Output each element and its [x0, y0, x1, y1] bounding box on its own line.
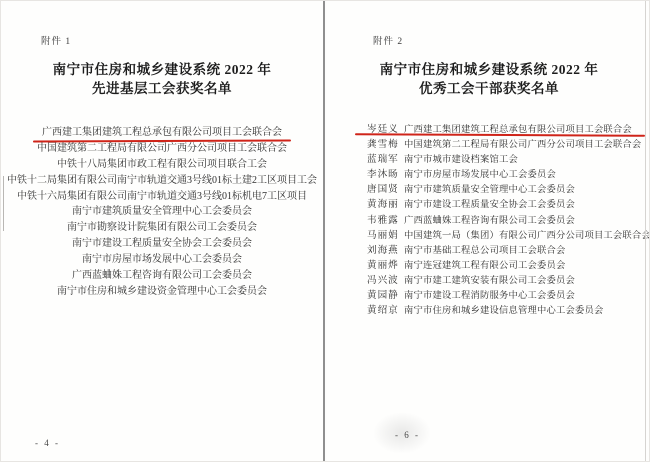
page-right: 附件 2 南宁市住房和城乡建设系统 2022 年 优秀工会干部获奖名单 岑廷义广…: [327, 1, 650, 461]
list-item-text: 中铁十八局集团市政工程有限公司项目联合工会: [57, 157, 267, 173]
scan-right-edge: [645, 1, 646, 461]
entry-name: 黄园静: [367, 288, 404, 303]
page-left: 附件 1 南宁市住房和城乡建设系统 2022 年 先进基层工会获奖名单 广西建工…: [1, 1, 323, 461]
list-item-text: 南宁市住房和城乡建设资金管理中心工会委员会: [57, 284, 267, 300]
entry-organization: 南宁连冠建筑工程有限公司工会委员会: [404, 259, 565, 274]
list-item: 中铁十六局集团有限公司南宁市轨道交通3号线01标机电7工区项目: [1, 189, 323, 205]
entry-row: 黄园静南宁市建设工程消防服务中心工会委员会: [367, 288, 647, 303]
list-item: 南宁市房屋市场发展中心工会委员会: [1, 252, 323, 268]
entry-organization: 南宁市建筑质量安全管理中心工会委员会: [404, 183, 575, 198]
entry-name: 蓝瑞军: [367, 152, 404, 167]
page-number: - 6 -: [395, 430, 420, 440]
list-item: 广西蓝蛐姝工程咨询有限公司工会委员会: [1, 268, 323, 284]
list-item-text: 南宁市房屋市场发展中心工会委员会: [82, 252, 242, 268]
award-list-left: 广西建工集团建筑工程总承包有限公司项目工会联合会中国建筑第二工程局有限公司广西分…: [1, 125, 323, 300]
entry-organization: 南宁市房屋市场发展中心工会委员会: [404, 168, 556, 183]
entry-organization: 中国建筑第二工程局有限公司广西分公司项目工会联合会: [404, 138, 641, 153]
page-title-line2: 先进基层工会获奖名单: [92, 81, 232, 96]
entry-row: 马丽娟中国建筑一局（集团）有限公司广西分公司项目工会联合会: [367, 228, 647, 243]
list-item: 南宁市勘察设计院集团有限公司工会委员会: [1, 220, 323, 236]
list-item: 南宁市住房和城乡建设资金管理中心工会委员会: [1, 284, 323, 300]
entry-organization: 南宁市城市建设档案馆工会: [404, 153, 518, 168]
entry-name: 黄绍京: [367, 303, 404, 318]
award-list-right: 岑廷义广西建工集团建筑工程总承包有限公司项目工会联合会龚雪梅中国建筑第二工程局有…: [367, 122, 647, 318]
list-item-text: 南宁市建设工程质量安全协会工会委员会: [72, 236, 252, 252]
scanned-document: 附件 1 南宁市住房和城乡建设系统 2022 年 先进基层工会获奖名单 广西建工…: [0, 0, 650, 462]
entry-row: 唐国贤南宁市建筑质量安全管理中心工会委员会: [367, 182, 647, 197]
list-item: 中国建筑第二工程局有限公司广西分公司项目工会联合会: [1, 141, 323, 157]
attachment-label: 附件 2: [373, 33, 403, 47]
entry-name: 马丽娟: [367, 228, 404, 243]
page-number: - 4 -: [35, 438, 60, 448]
entry-row: 蓝瑞军南宁市城市建设档案馆工会: [367, 152, 647, 167]
list-item: 南宁市建筑质量安全管理中心工会委员会: [1, 204, 323, 220]
list-item: 中铁十八局集团市政工程有限公司项目联合工会: [1, 157, 323, 173]
entry-name: 冯兴波: [367, 273, 404, 288]
entry-row: 龚雪梅中国建筑第二工程局有限公司广西分公司项目工会联合会: [367, 137, 647, 152]
entry-row: 李沐旸南宁市房屋市场发展中心工会委员会: [367, 167, 647, 182]
entry-organization: 广西蓝蛐姝工程咨询有限公司工会委员会: [404, 214, 575, 229]
page-title: 南宁市住房和城乡建设系统 2022 年 先进基层工会获奖名单: [1, 60, 323, 98]
entry-name: 黄丽烨: [367, 258, 404, 273]
entry-name: 唐国贤: [367, 182, 404, 197]
entry-organization: 南宁市建设工程消防服务中心工会委员会: [404, 289, 575, 304]
list-item-text-underlined: 广西建工集团建筑工程总承包有限公司项目工会联合会: [42, 125, 282, 141]
page-title-line1: 南宁市住房和城乡建设系统 2022 年: [380, 62, 599, 77]
entry-organization: 南宁市基础工程总公司项目工会联合会: [404, 244, 565, 259]
entry-name: 韦雅露: [367, 213, 404, 228]
page-title-line1: 南宁市住房和城乡建设系统 2022 年: [53, 62, 272, 77]
attachment-label: 附件 1: [41, 33, 71, 47]
entry-organization: 广西建工集团建筑工程总承包有限公司项目工会联合会: [404, 123, 632, 138]
list-item-text: 广西蓝蛐姝工程咨询有限公司工会委员会: [72, 268, 252, 284]
entry-name: 李沐旸: [367, 167, 404, 182]
entry-row: 刘海燕南宁市基础工程总公司项目工会联合会: [367, 243, 647, 258]
list-item-text: 南宁市建筑质量安全管理中心工会委员会: [72, 204, 252, 220]
list-item: 广西建工集团建筑工程总承包有限公司项目工会联合会: [1, 125, 323, 141]
entry-row: 韦雅露广西蓝蛐姝工程咨询有限公司工会委员会: [367, 213, 647, 228]
entry-row: 冯兴波南宁市建工建筑安装有限公司工会委员会: [367, 273, 647, 288]
page-title-line2: 优秀工会干部获奖名单: [419, 81, 559, 96]
list-item-text: 中铁十六局集团有限公司南宁市轨道交通3号线01标机电7工区项目: [17, 189, 307, 205]
page-title: 南宁市住房和城乡建设系统 2022 年 优秀工会干部获奖名单: [327, 60, 650, 98]
list-item-text: 中铁十二局集团有限公司南宁市轨道交通3号线01标土建2工区项目工会: [7, 173, 317, 189]
entry-organization: 南宁市建设工程质量安全协会工会委员会: [404, 198, 575, 213]
scan-edge-artifact: [3, 176, 4, 231]
entry-name: 龚雪梅: [367, 137, 404, 152]
entry-row: 岑廷义广西建工集团建筑工程总承包有限公司项目工会联合会: [367, 122, 647, 137]
list-item: 南宁市建设工程质量安全协会工会委员会: [1, 236, 323, 252]
entry-organization: 南宁市建工建筑安装有限公司工会委员会: [404, 274, 575, 289]
entry-row: 黄海丽南宁市建设工程质量安全协会工会委员会: [367, 197, 647, 212]
list-item: 中铁十二局集团有限公司南宁市轨道交通3号线01标土建2工区项目工会: [1, 173, 323, 189]
list-item-text: 南宁市勘察设计院集团有限公司工会委员会: [67, 220, 257, 236]
entry-organization: 中国建筑一局（集团）有限公司广西分公司项目工会联合会: [404, 229, 650, 244]
entry-name: 岑廷义: [367, 122, 404, 137]
entry-name: 黄海丽: [367, 197, 404, 212]
entry-organization: 南宁市住房和城乡建设信息管理中心工会委员会: [404, 304, 603, 319]
list-item-text: 中国建筑第二工程局有限公司广西分公司项目工会联合会: [37, 141, 287, 157]
entry-name: 刘海燕: [367, 243, 404, 258]
entry-row: 黄绍京南宁市住房和城乡建设信息管理中心工会委员会: [367, 303, 647, 318]
entry-row: 黄丽烨南宁连冠建筑工程有限公司工会委员会: [367, 258, 647, 273]
page-divider: [323, 1, 325, 461]
